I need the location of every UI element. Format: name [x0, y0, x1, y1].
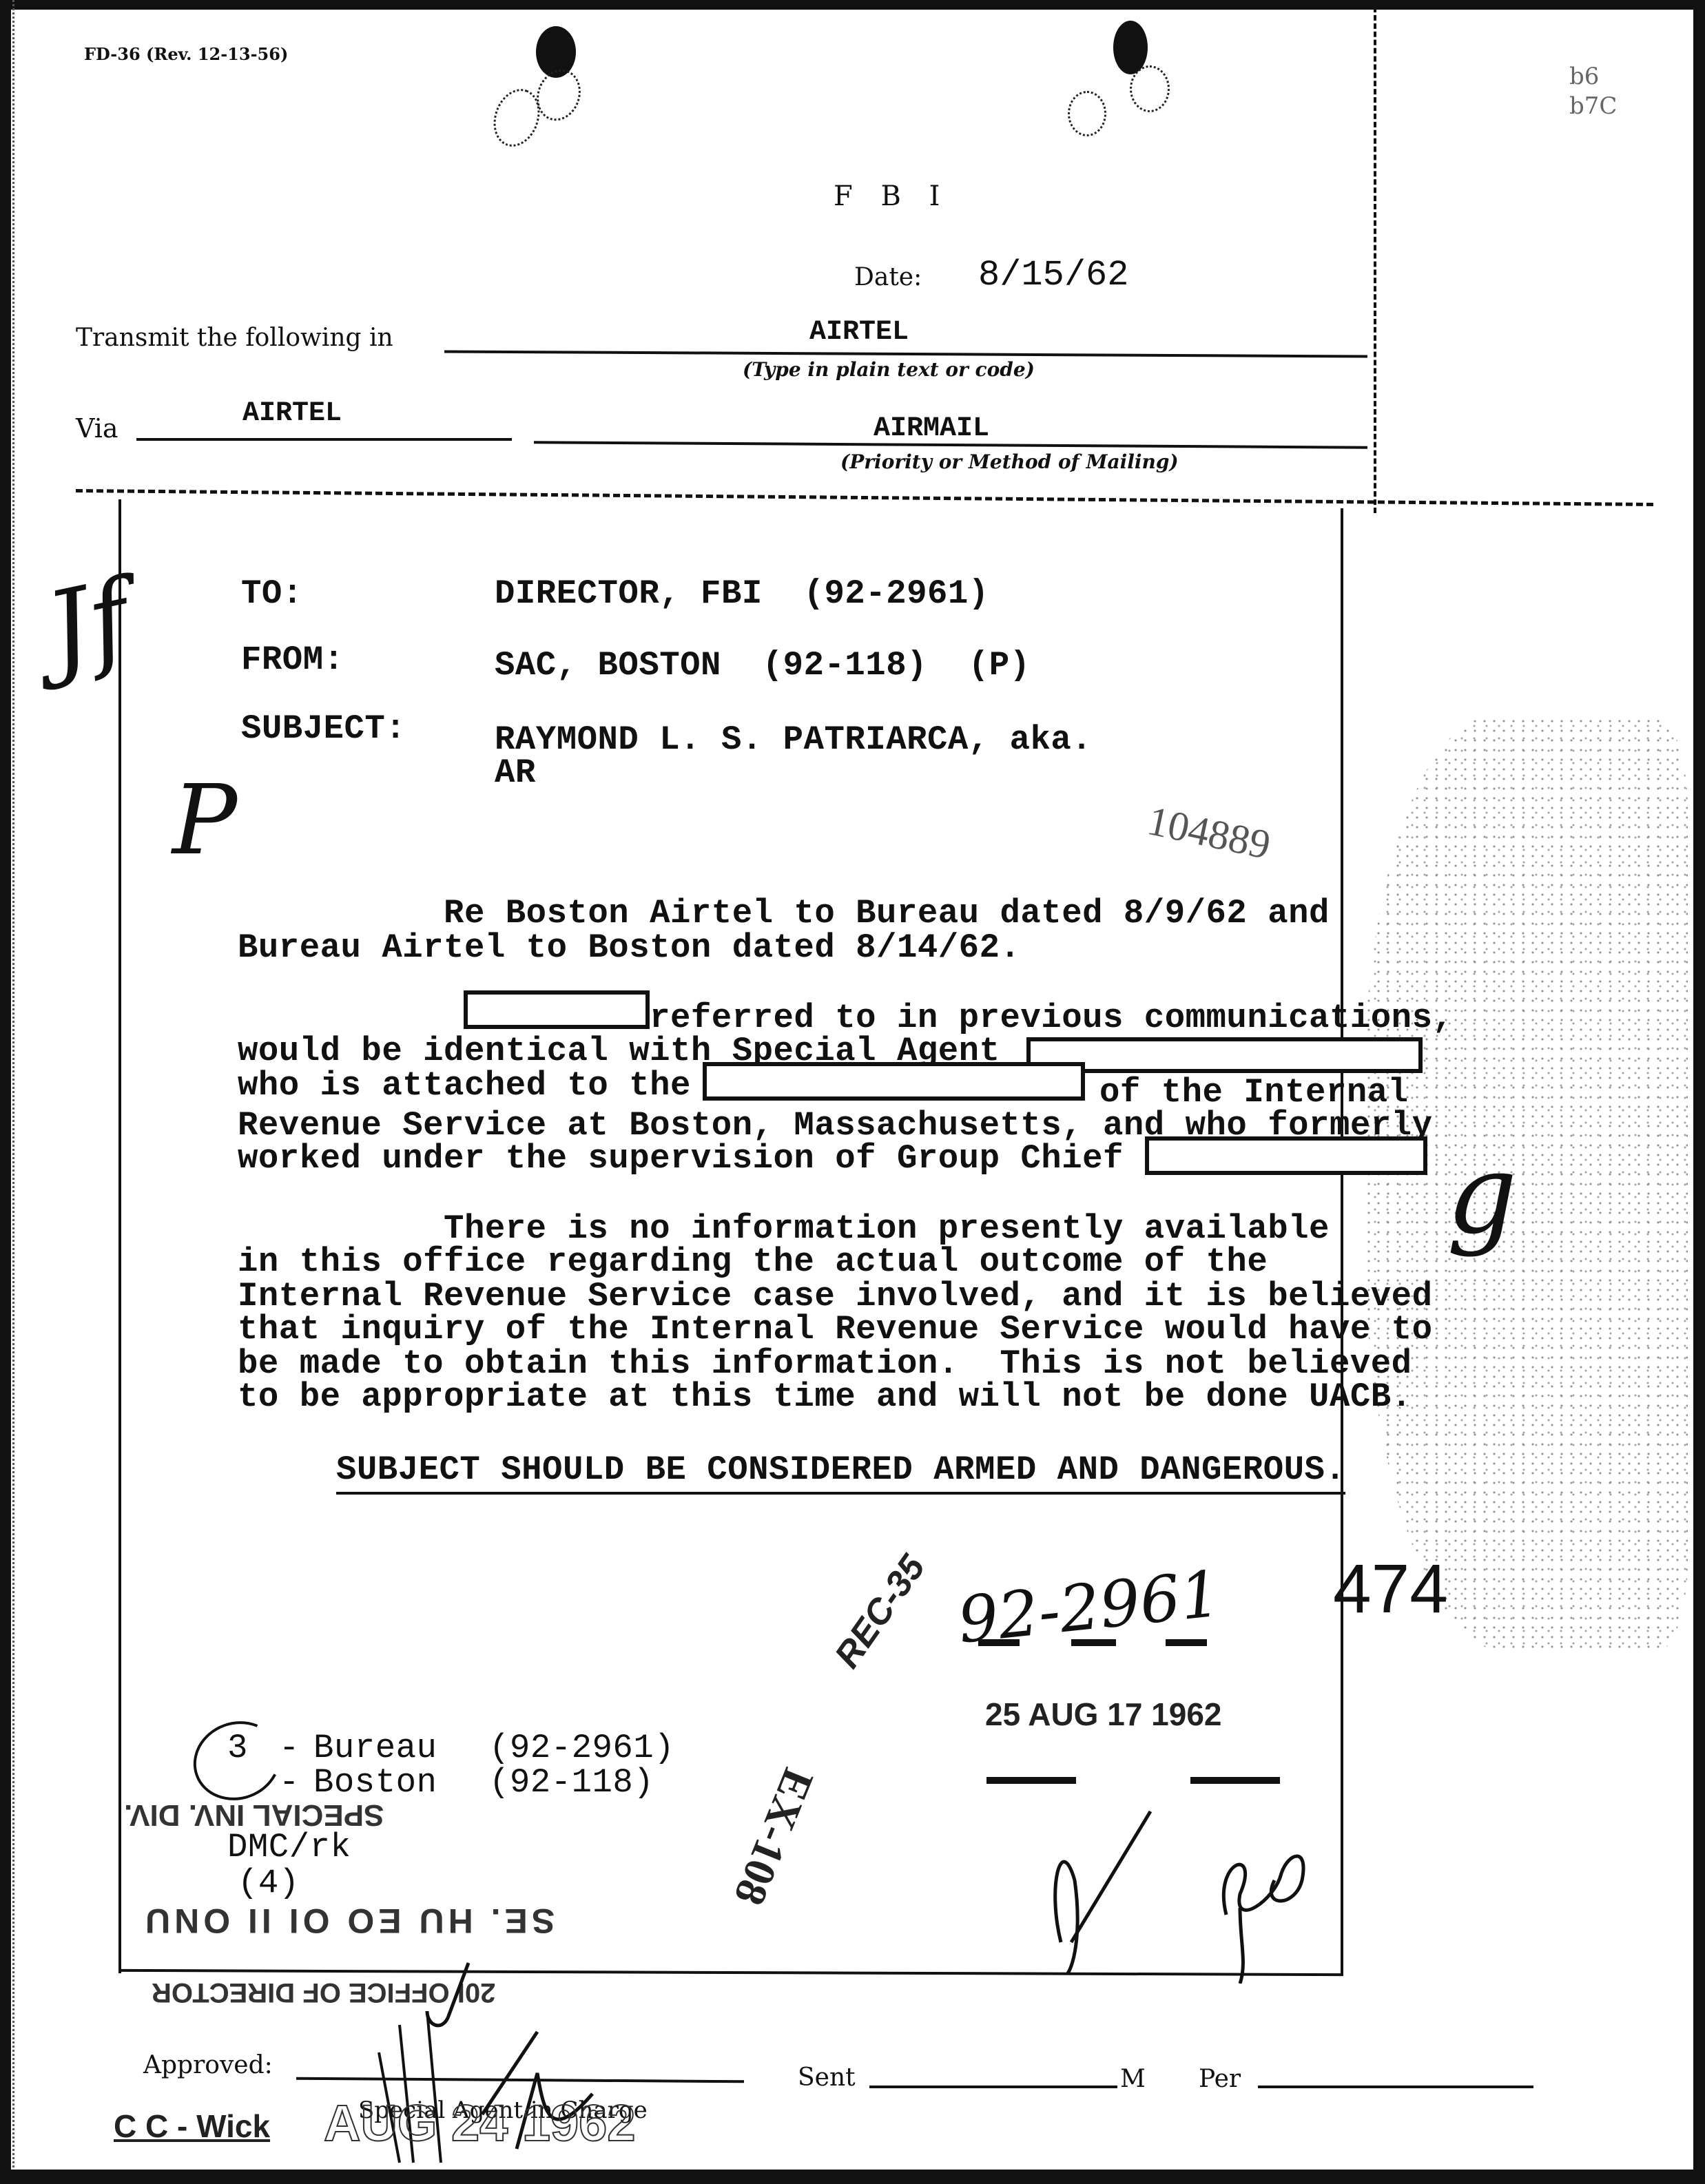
via-label: Via — [76, 413, 118, 444]
transmit-value: AIRTEL — [809, 317, 909, 348]
distribution-dash: - — [279, 1763, 300, 1802]
body-border-left — [118, 499, 121, 1973]
tear-line-vertical — [1374, 7, 1376, 513]
handwritten-initial: P — [172, 765, 237, 877]
exemption-code: b7C — [1569, 93, 1617, 119]
redaction-box — [703, 1062, 1085, 1101]
stamp-bar — [1071, 1639, 1116, 1646]
agency-title: F B I — [834, 180, 949, 212]
subject-value-line2: AR — [495, 753, 536, 792]
armed-dangerous-warning: SUBJECT SHOULD BE CONSIDERED ARMED AND D… — [336, 1450, 1345, 1495]
scan-edge-bottom — [0, 2170, 1705, 2184]
copy-count: 3 — [227, 1729, 248, 1767]
scan-edge-left — [0, 0, 11, 2184]
approved-label: Approved: — [143, 2051, 273, 2079]
redaction-box — [464, 990, 650, 1029]
search-number-stamp: 104889 — [1144, 797, 1274, 869]
scan-edge-right — [1693, 0, 1705, 2184]
redaction-box — [1145, 1136, 1427, 1175]
per-line — [1258, 2086, 1533, 2088]
to-value: DIRECTOR, FBI (92-2961) — [495, 574, 989, 613]
body-paragraph-line: Bureau Airtel to Boston dated 8/14/62. — [238, 928, 1020, 967]
distribution-dash: - — [279, 1729, 300, 1767]
body-paragraph-line: who is attached to the — [238, 1066, 691, 1105]
enclosure-count: (4) — [238, 1864, 300, 1902]
distribution-file: (92-118) — [489, 1763, 654, 1802]
stamp-bar — [978, 1639, 1020, 1646]
transmit-hint: (Type in plain text or code) — [743, 358, 1035, 381]
body-border-right — [1341, 508, 1343, 1975]
scan-edge-left-texture — [12, 0, 20, 2184]
body-paragraph-line: Re Boston Airtel to Bureau dated 8/9/62 … — [238, 894, 1330, 933]
date-received-stamp: 25 AUG 17 1962 — [985, 1696, 1222, 1733]
m-label: M — [1120, 2065, 1146, 2093]
priority-hint: (Priority or Method of Mailing) — [840, 450, 1179, 473]
scan-noise-speckle — [1364, 716, 1688, 1653]
body-paragraph-line: that inquiry of the Internal Revenue Ser… — [238, 1310, 1432, 1349]
handwritten-initial: g — [1447, 1130, 1517, 1258]
body-paragraph-line: to be appropriate at this time and will … — [238, 1377, 1412, 1416]
sent-line — [869, 2086, 1117, 2088]
special-investigation-stamp-inverted: SPECIAL INV. DIV. — [124, 1798, 384, 1832]
subject-label: SUBJECT: — [241, 709, 406, 748]
distribution-office: Boston — [313, 1763, 437, 1802]
to-label: TO: — [241, 574, 303, 613]
body-paragraph-line: in this office regarding the actual outc… — [238, 1242, 1268, 1281]
sent-label: Sent — [798, 2063, 856, 2092]
airtel-document-page: FD-36 (Rev. 12-13-56) F B I Date: 8/15/6… — [0, 0, 1705, 2184]
body-paragraph-line: worked under the supervision of Group Ch… — [238, 1139, 1124, 1178]
exemption-code: b6 — [1569, 63, 1599, 90]
stamp-bar — [1190, 1777, 1280, 1784]
date-value: 8/15/62 — [978, 255, 1128, 295]
transmit-line — [444, 350, 1367, 357]
per-label: Per — [1199, 2065, 1241, 2093]
cc-stamp: C C - Wick — [114, 2108, 270, 2145]
form-number: FD-36 (Rev. 12-13-56) — [84, 44, 288, 64]
transmit-label: Transmit the following in — [76, 324, 393, 352]
stamp-bar — [986, 1777, 1076, 1784]
rec-stamp: REC-35 — [827, 1548, 933, 1676]
punch-hole-ring-icon — [1068, 91, 1106, 136]
ex-stamp: EX-108 — [723, 1762, 824, 1913]
distribution-file: (92-2961) — [489, 1729, 674, 1767]
via-line — [136, 438, 512, 441]
handwritten-signatures — [1033, 1805, 1392, 1984]
tear-line-horizontal — [76, 489, 1653, 506]
subject-value: RAYMOND L. S. PATRIARCA, aka. — [495, 720, 1092, 759]
aug-received-stamp: AUG 24 1962 — [324, 2094, 636, 2152]
priority-value: AIRMAIL — [874, 413, 989, 444]
stamp-bar — [1166, 1639, 1207, 1646]
from-value: SAC, BOSTON (92-118) (P) — [495, 646, 1031, 685]
typist-initials: DMC/rk — [227, 1828, 351, 1866]
scan-edge-top — [0, 0, 1705, 10]
redaction-box — [1026, 1037, 1423, 1073]
distribution-office: Bureau — [313, 1729, 437, 1767]
handwritten-initials: Jf — [37, 558, 139, 691]
received-stamp-inverted: SE. HU EO OI II ONU — [141, 1901, 555, 1941]
punch-hole-ring-icon — [1130, 65, 1170, 112]
handwritten-serial: 474 — [1333, 1550, 1448, 1629]
from-label: FROM: — [241, 641, 344, 679]
date-label: Date: — [854, 263, 922, 291]
via-value: AIRTEL — [242, 398, 342, 429]
